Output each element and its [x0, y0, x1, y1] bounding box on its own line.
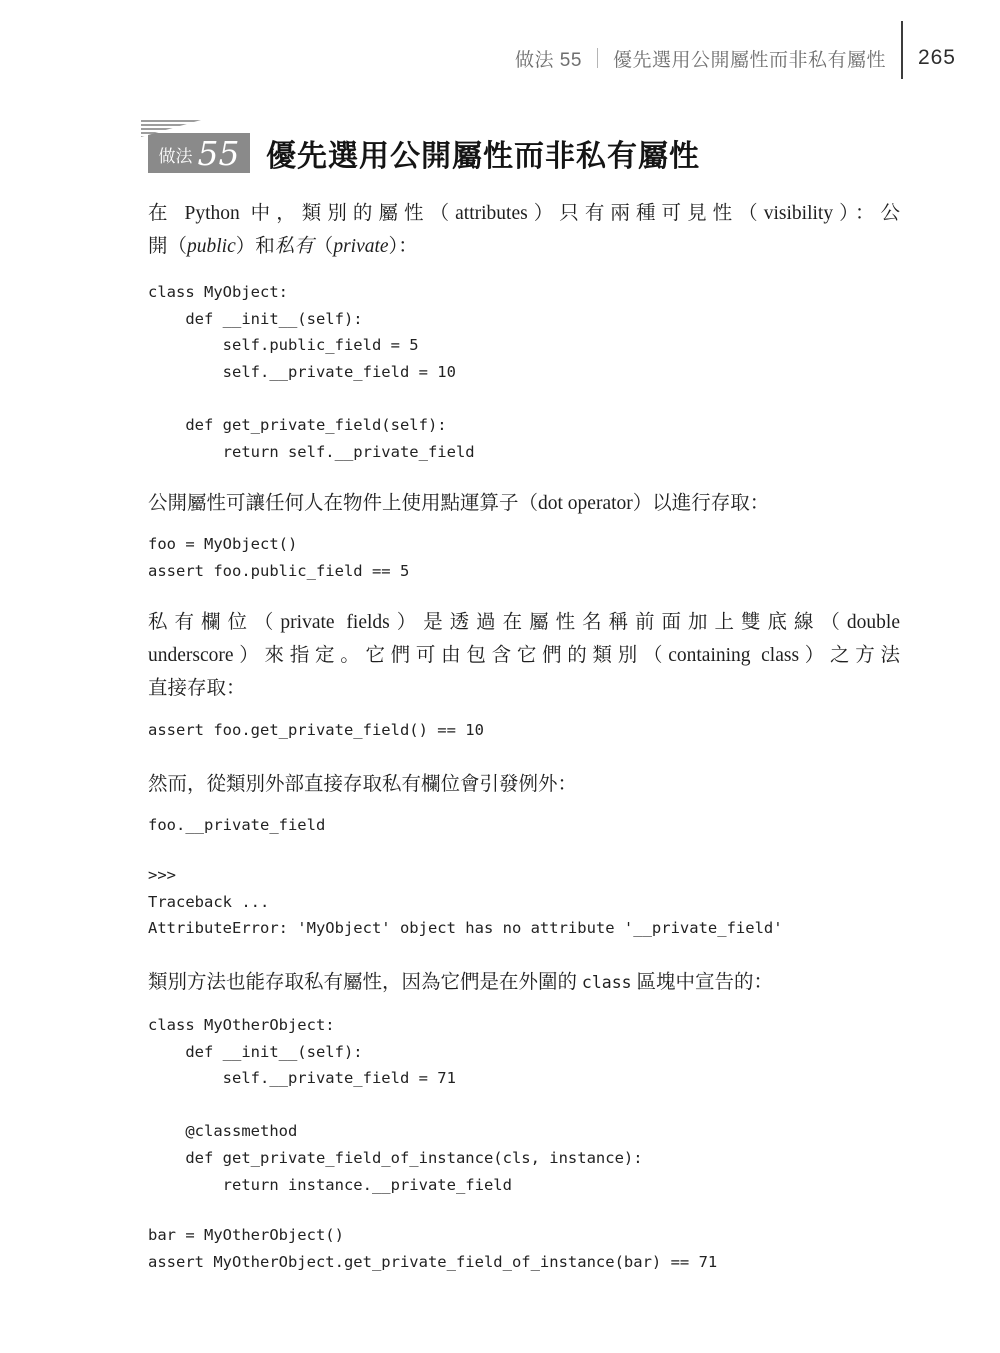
badge-number: 55	[198, 137, 240, 170]
paragraph-line: 開（public）和私有（private）：	[148, 230, 900, 263]
code-block-direct-access: foo.__private_field	[148, 812, 948, 839]
paragraph-line: 直接存取：	[148, 672, 900, 705]
header-section-label: 做法 55	[515, 45, 582, 72]
item-title: 優先選用公開屬性而非私有屬性	[266, 131, 700, 175]
paragraph-line: 私有欄位（private fields）是透過在屬性名稱前面加上雙底線（doub…	[148, 606, 900, 639]
text-segment: 區塊中宣告的：	[632, 972, 773, 993]
header-section-title: 優先選用公開屬性而非私有屬性	[613, 45, 886, 72]
text-segment: ）和	[236, 236, 275, 257]
text-segment: （	[314, 236, 334, 257]
code-block-public-access: foo = MyObject() assert foo.public_field…	[148, 531, 948, 584]
paragraph-private-fields: 私有欄位（private fields）是透過在屬性名稱前面加上雙底線（doub…	[148, 606, 900, 705]
paragraph-classmethod: 類別方法也能存取私有屬性，因為它們是在外圍的 class 區塊中宣告的：	[148, 966, 900, 999]
paragraph-line: 在 Python 中，類別的屬性（attributes）只有兩種可見性（visi…	[148, 197, 900, 230]
text-segment: private	[333, 236, 388, 257]
header-divider	[597, 48, 598, 68]
text-segment: public	[187, 236, 236, 257]
paragraph-dot-operator: 公開屬性可讓任何人在物件上使用點運算子（dot operator）以進行存取：	[148, 487, 900, 520]
running-header: 做法 55 優先選用公開屬性而非私有屬性 265	[515, 38, 956, 78]
badge-label: 做法	[159, 142, 193, 165]
code-block-myobject: class MyObject: def __init__(self): self…	[148, 279, 948, 465]
paragraph-intro: 在 Python 中，類別的屬性（attributes）只有兩種可見性（visi…	[148, 197, 900, 263]
text-segment: 開（	[148, 236, 187, 257]
item-title-row: 做法 55 優先選用公開屬性而非私有屬性	[148, 131, 700, 175]
paragraph-line: underscore）來指定。它們可由包含它們的類別（containing cl…	[148, 639, 900, 672]
paragraph-exception: 然而，從類別外部直接存取私有欄位會引發例外：	[148, 768, 900, 801]
code-block-classmethod-access: bar = MyOtherObject() assert MyOtherObje…	[148, 1222, 948, 1275]
code-block-traceback: >>> Traceback ... AttributeError: 'MyObj…	[148, 862, 948, 942]
page-number: 265	[918, 46, 956, 70]
header-page-rule	[901, 21, 903, 79]
text-segment: class	[582, 973, 632, 992]
item-number-badge: 做法 55	[148, 133, 250, 173]
text-segment: 私有	[275, 236, 314, 257]
code-block-private-via-method: assert foo.get_private_field() == 10	[148, 717, 948, 744]
code-block-myotherobject: class MyOtherObject: def __init__(self):…	[148, 1012, 948, 1198]
text-segment: 類別方法也能存取私有屬性，因為它們是在外圍的	[148, 972, 582, 993]
book-page: 做法 55 優先選用公開屬性而非私有屬性 265 做法 55 優先選用公開屬性而…	[0, 0, 1000, 1353]
text-segment: ）：	[389, 236, 418, 257]
